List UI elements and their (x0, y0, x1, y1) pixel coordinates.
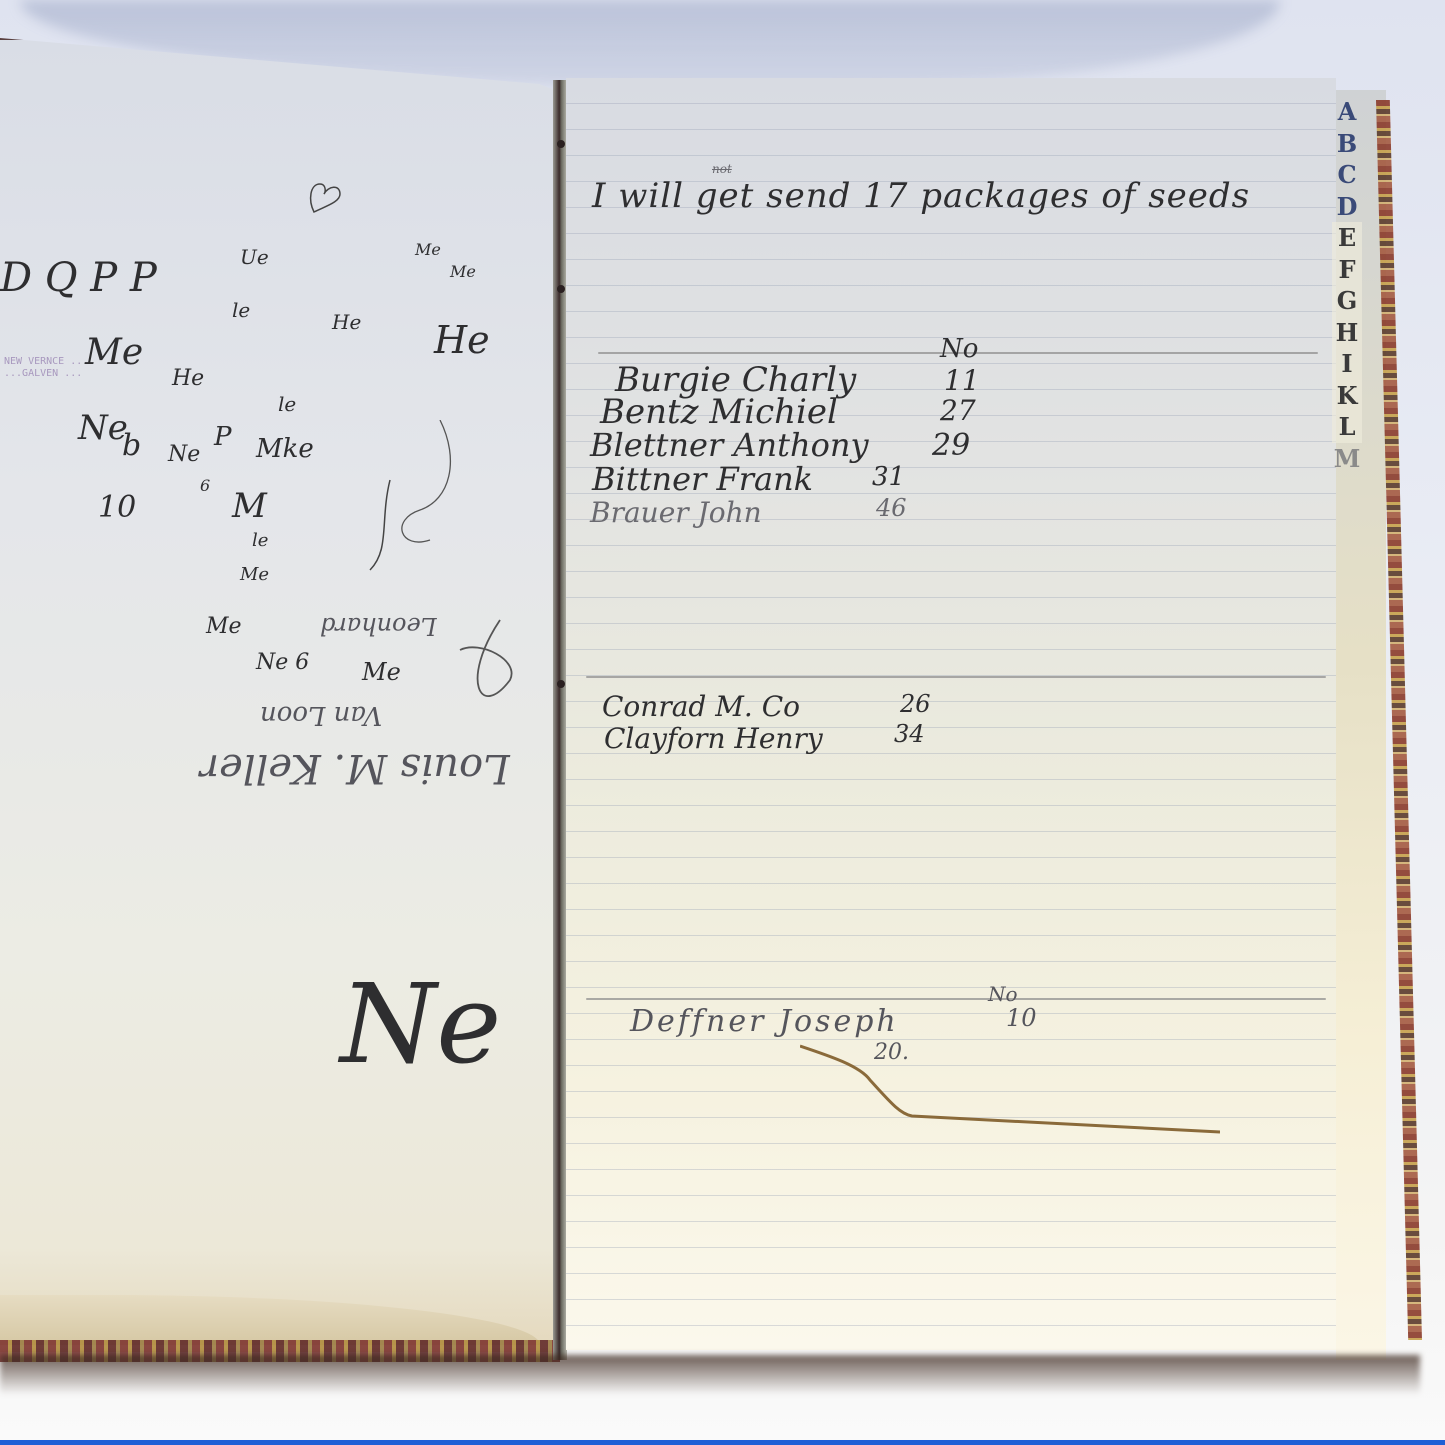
entry-number: 10 (1006, 1004, 1037, 1032)
photo-scene: NEW VERNCE ... ...GALVEN ... D Q P PUeMe… (0, 0, 1445, 1445)
index-tab-h[interactable]: H (1332, 317, 1362, 349)
handwritten-doodle: M (232, 486, 267, 526)
index-tab-e[interactable]: E (1332, 222, 1362, 254)
handwritten-doodle: le (232, 298, 250, 322)
handwritten-doodle: 10 (98, 490, 136, 525)
stamp-line: ...GALVEN ... (4, 368, 88, 380)
handwritten-doodle: Me (240, 564, 269, 585)
alphabet-index-tabs: A B C D E F G H I K L M (1330, 96, 1364, 474)
book-bottom-shadow (0, 1355, 1420, 1395)
mirrored-handwriting: Van Loon (260, 700, 382, 730)
stitch (557, 140, 565, 148)
handwritten-doodle: He (434, 318, 490, 362)
entry-name: Blettner Anthony (590, 426, 869, 464)
index-tab-c[interactable]: C (1332, 159, 1362, 191)
handwritten-doodle: Me (206, 614, 242, 639)
handwritten-doodle: b (122, 428, 141, 463)
handwritten-doodle: P (214, 422, 232, 452)
frame-bottom-border (0, 1440, 1445, 1445)
entry-name: Brauer John (590, 496, 762, 529)
entry-number: 34 (894, 720, 925, 748)
section-divider (586, 676, 1326, 678)
handwritten-doodle: Ne (78, 408, 128, 448)
index-tab-l[interactable]: L (1332, 411, 1362, 443)
index-tab-f[interactable]: F (1332, 254, 1362, 286)
index-tab-g[interactable]: G (1332, 285, 1362, 317)
handwritten-doodle: Ue (240, 245, 269, 269)
entry-number: 31 (872, 462, 905, 492)
entry-name: Clayforn Henry (604, 722, 823, 755)
handwritten-doodle: He (172, 366, 204, 391)
entry-number: 11 (944, 364, 980, 397)
struck-word: not (712, 162, 732, 176)
stitch (557, 285, 565, 293)
section-divider (586, 998, 1326, 1000)
mirrored-handwriting: Louis M. Keller (200, 745, 510, 791)
handwritten-doodle: D Q P P (0, 255, 157, 301)
stamp-line: NEW VERNCE ... (4, 356, 88, 368)
handwritten-doodle: Ne 6 (256, 650, 309, 675)
handwritten-doodle: le (278, 392, 296, 416)
index-tab-d[interactable]: D (1332, 191, 1362, 223)
handwritten-doodle: le (252, 530, 268, 551)
faded-stamp: NEW VERNCE ... ...GALVEN ... (4, 356, 88, 380)
entry-number: 29 (932, 428, 970, 463)
handwritten-doodle: He (332, 310, 361, 334)
book-gutter (553, 80, 567, 1360)
index-tab-i[interactable]: I (1332, 348, 1362, 380)
entry-number: 46 (876, 494, 907, 522)
handwritten-doodle: Ne (168, 442, 200, 467)
entry-number: 27 (940, 394, 976, 427)
handwritten-doodle: Mke (256, 434, 314, 464)
number-column-label: No (988, 982, 1018, 1006)
stitch (557, 680, 565, 688)
index-tab-b[interactable]: B (1332, 128, 1362, 160)
header-note: I will get send 17 packages of seeds (592, 176, 1250, 216)
entry-name: Bittner Frank (592, 460, 813, 498)
flourish-doodle-icon (360, 420, 540, 700)
handwritten-doodle: Me (85, 332, 143, 373)
entry-number: 26 (900, 690, 931, 718)
page-tear-icon (800, 1040, 1220, 1140)
index-tab-m[interactable]: M (1332, 443, 1362, 475)
heart-doodle-icon (306, 176, 346, 216)
entry-name: Conrad M. Co (602, 690, 800, 723)
index-tab-k[interactable]: K (1332, 380, 1362, 412)
entry-name: Deffner Joseph (630, 1004, 899, 1039)
handwritten-doodle: Me (450, 262, 476, 281)
number-column-label: No (940, 334, 978, 364)
handwritten-doodle: 6 (200, 476, 210, 495)
index-tab-a[interactable]: A (1332, 96, 1362, 128)
handwritten-doodle: Ne (340, 960, 501, 1088)
handwritten-doodle: Me (415, 240, 441, 259)
